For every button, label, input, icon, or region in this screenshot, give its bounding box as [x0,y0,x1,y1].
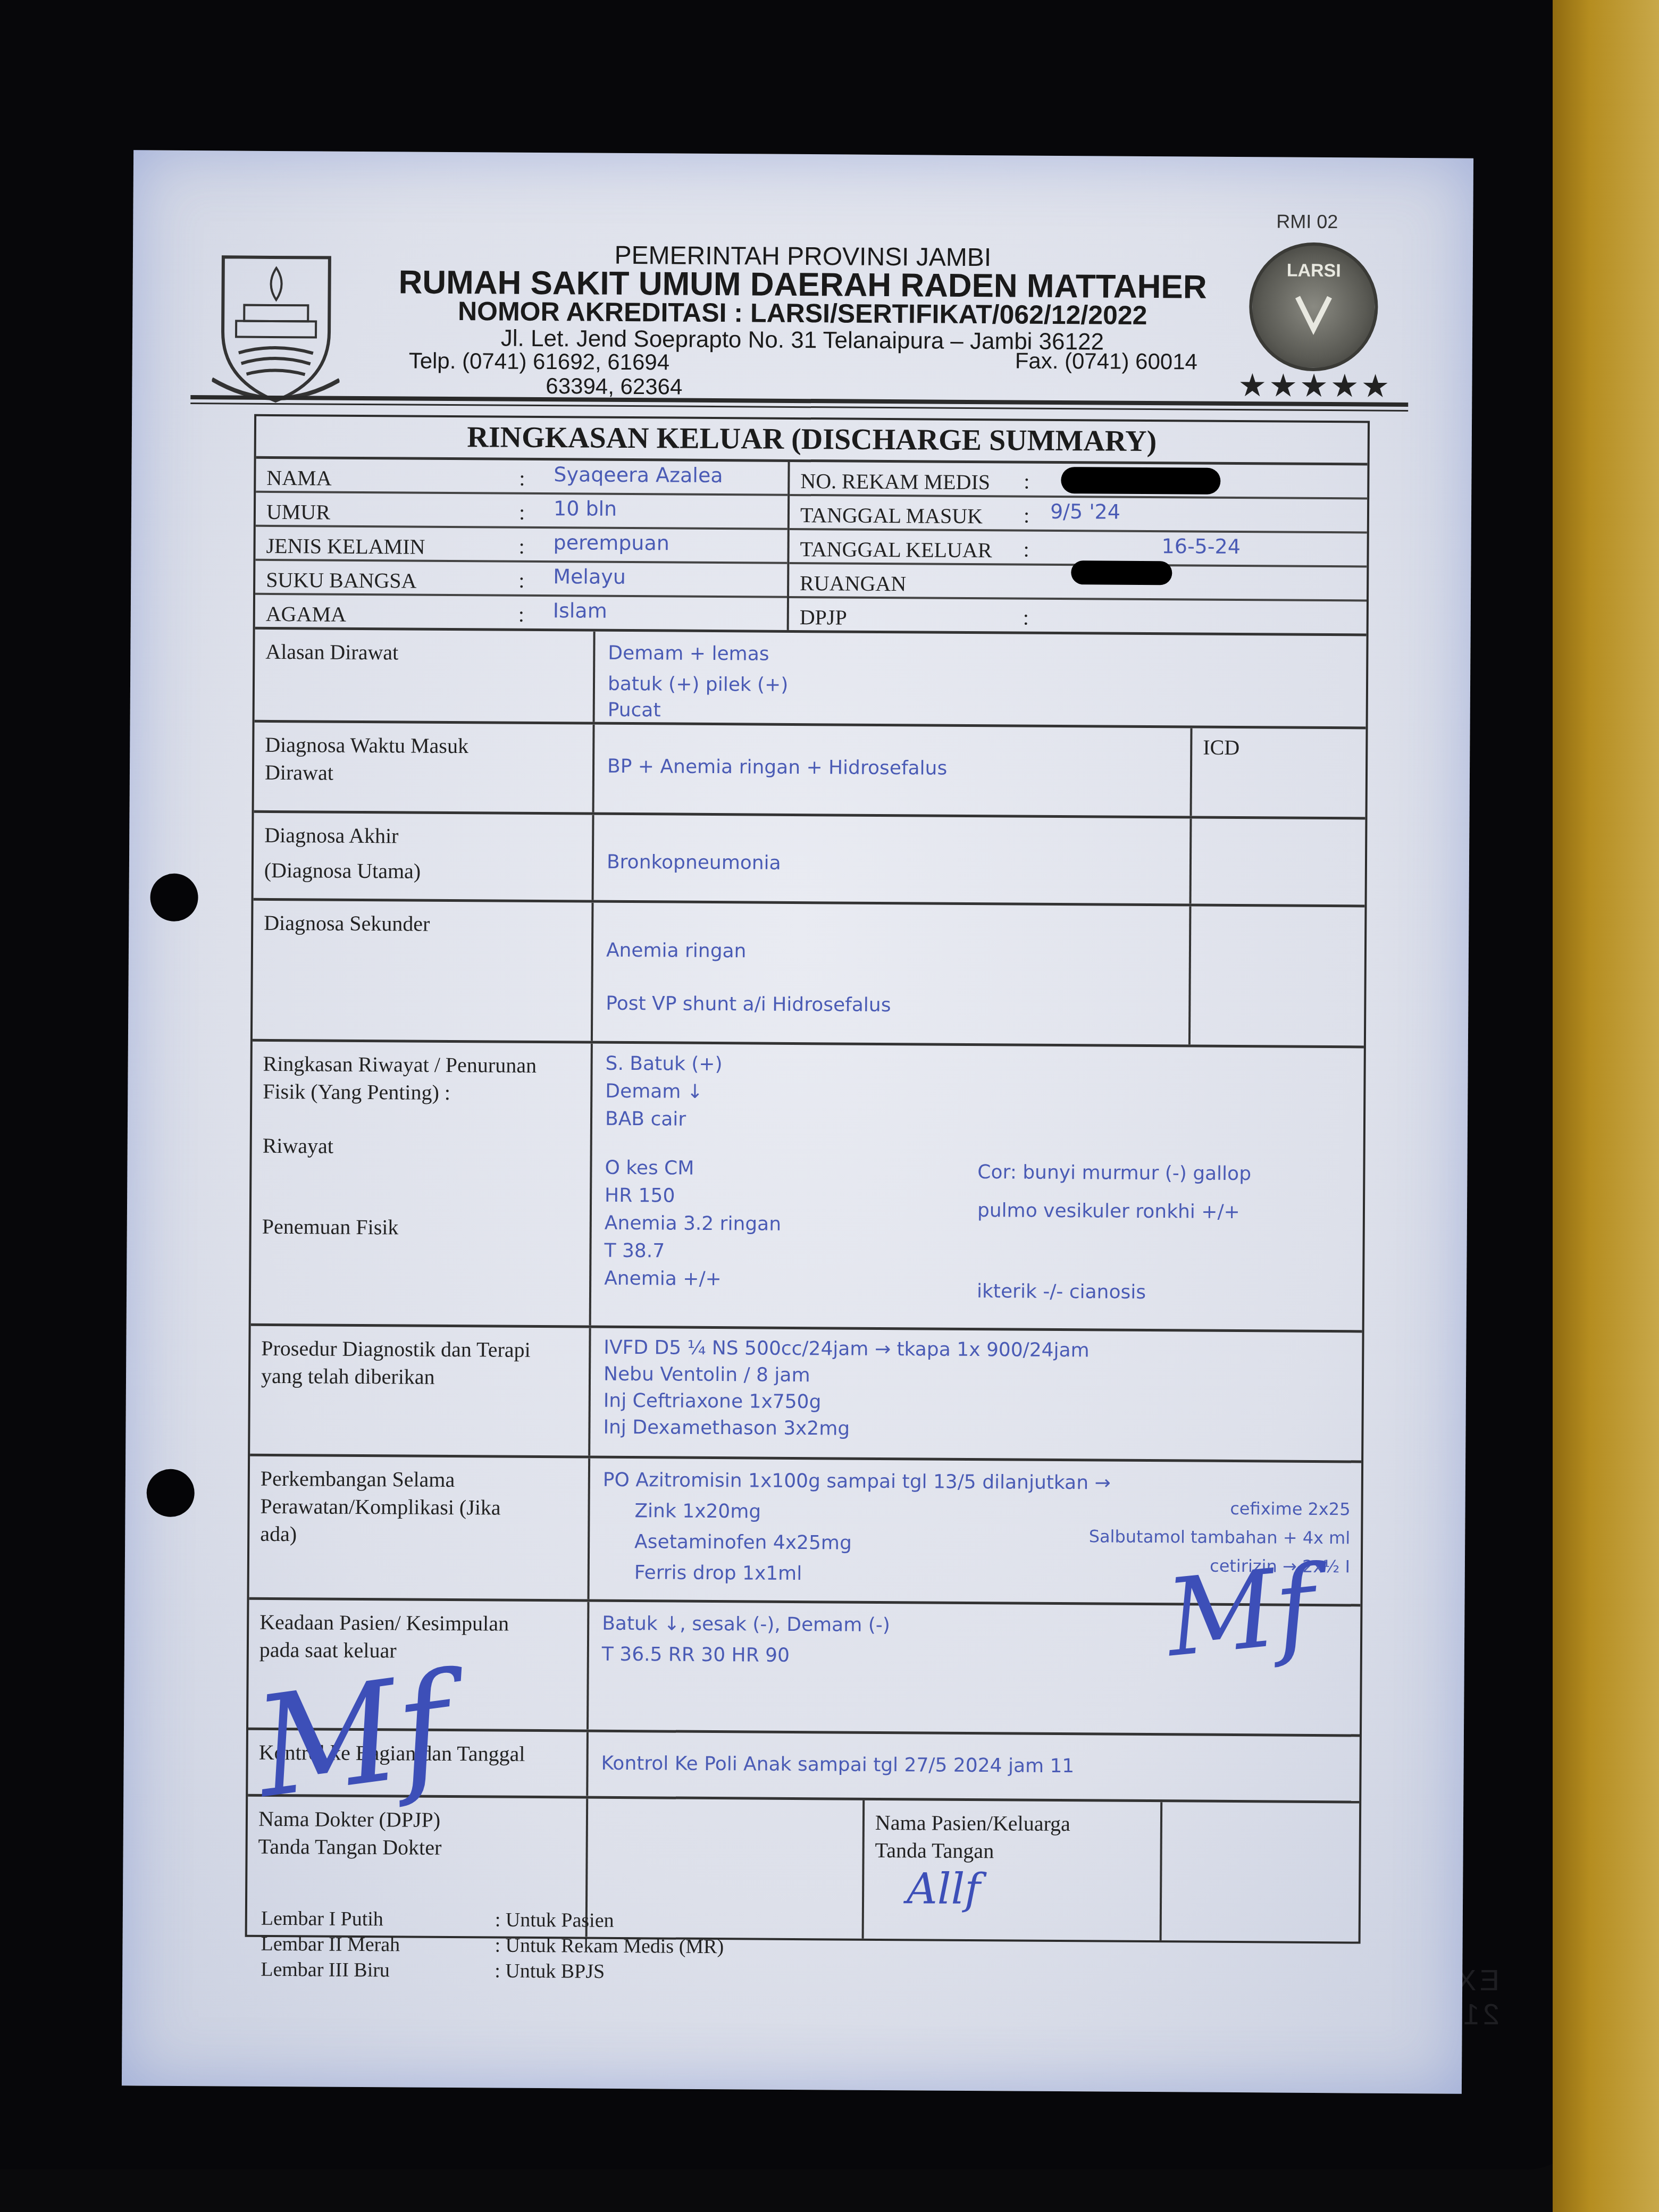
phone-numbers: Telp. (0741) 61692, 61694 63394, 62364 [408,349,682,399]
field-suku-bangsa: SUKU BANGSA: Melayu [255,561,787,598]
patient-info: NAMA: Syaqeera Azalea UMUR: 10 bln JENIS… [255,459,1368,636]
section-diagnosa-sekunder: Diagnosa Sekunder Anemia ringan Post VP … [253,901,1365,1049]
field-ruangan: RUANGAN [789,564,1367,602]
section-riwayat-fisik: Ringkasan Riwayat / Penurunan Fisik (Yan… [251,1042,1364,1333]
punch-hole [146,1469,195,1518]
field-dpjp: DPJP: [789,598,1367,634]
accreditation-stars: ★★★★★ [1238,367,1392,405]
doctor-signature-keadaan: Mf [1161,1543,1321,1681]
section-diagnosa-akhir: Diagnosa Akhir (Diagnosa Utama) Bronkopn… [254,813,1365,908]
family-signature-cell: Nama Pasien/Keluarga Tanda Tangan Allf [864,1800,1163,1940]
copy-row: Lembar II Merah: Untuk Rekam Medis (MR) [261,1931,724,1959]
riwayat-left-notes: S. Batuk (+) Demam ↓ BAB cair O kes CM H… [604,1050,978,1321]
blank-cell [1162,1802,1360,1941]
field-no-rekam-medis: NO. REKAM MEDIS: [790,462,1367,500]
discharge-summary-paper: RMI 02 LARSI ★★★★★ PEMERINTAH PROVINSI J… [122,150,1473,2093]
doctor-signature: Mf [247,1644,459,1829]
icd-cell [1188,906,1365,1045]
form-code: RMI 02 [1276,210,1338,233]
copy-row: Lembar I Putih: Untuk Pasien [261,1906,724,1934]
field-umur: UMUR: 10 bln [256,493,787,530]
section-alasan-dirawat: Alasan Dirawat Demam + lemas batuk (+) p… [255,630,1367,730]
icd-column-header: ICD [1190,728,1366,817]
field-tanggal-masuk: TANGGAL MASUK: 9/5 '24 [790,496,1367,534]
redaction-mark [1061,467,1220,495]
riwayat-right-notes: Cor: bunyi murmur (-) gallop pulmo vesik… [977,1052,1351,1323]
section-prosedur: Prosedur Diagnostik dan Terapi yang tela… [250,1326,1362,1463]
field-nama: NAMA: Syaqeera Azalea [256,459,787,496]
envelope-background [1553,0,1659,2212]
form-title: RINGKASAN KELUAR (DISCHARGE SUMMARY) [256,416,1368,466]
punch-hole [150,874,198,922]
letterhead: RMI 02 LARSI ★★★★★ PEMERINTAH PROVINSI J… [132,150,1473,413]
field-jenis-kelamin: JENIS KELAMIN: perempuan [255,527,787,564]
patient-info-left: NAMA: Syaqeera Azalea UMUR: 10 bln JENIS… [255,459,790,630]
patient-info-right: NO. REKAM MEDIS: TANGGAL MASUK: 9/5 '24 … [789,462,1368,634]
icd-cell [1189,818,1365,904]
field-agama: AGAMA: Islam [255,595,787,630]
section-diagnosa-masuk: Diagnosa Waktu Masuk Dirawat BP + Anemia… [254,723,1366,820]
redaction-mark [1071,560,1172,585]
copy-distribution: Lembar I Putih: Untuk Pasien Lembar II M… [261,1906,724,1985]
fax-number: Fax. (0741) 60014 [1015,348,1198,374]
family-signature: Allf [907,1875,981,1903]
copy-row: Lembar III Biru: Untuk BPJS [261,1957,724,1985]
